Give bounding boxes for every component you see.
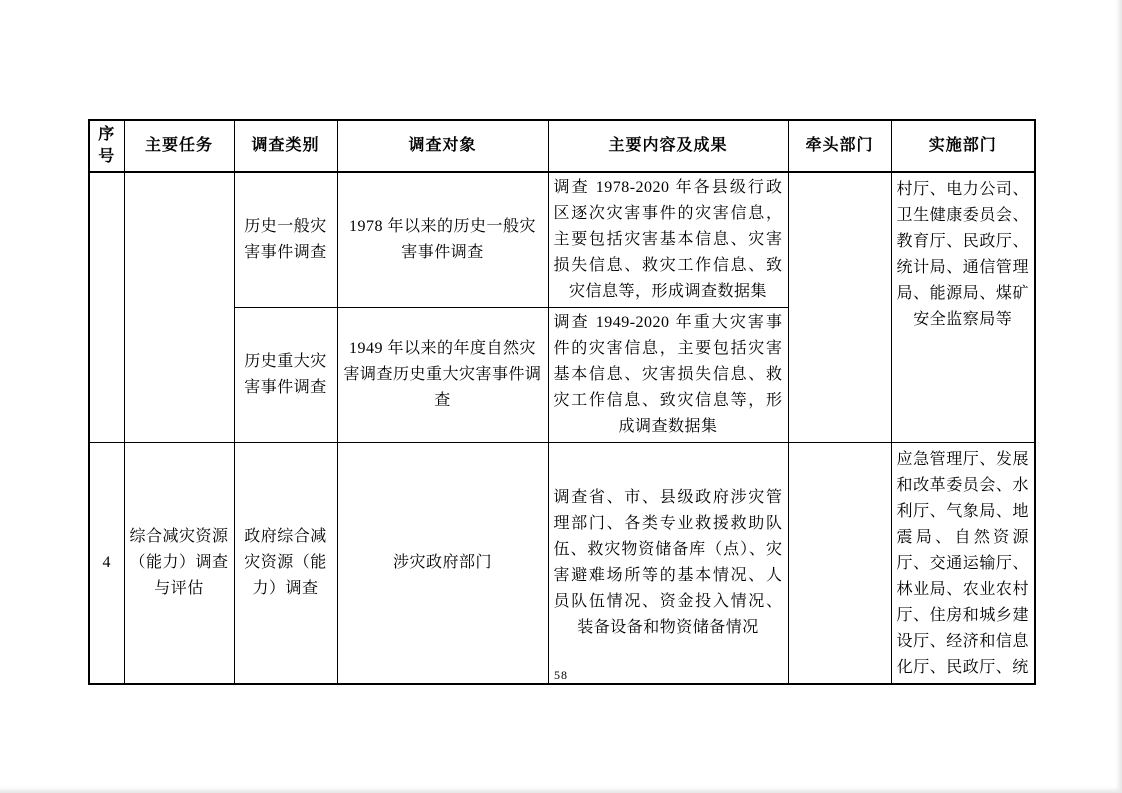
cell-content-history-general: 调查 1978-2020 年各县级行政区逐次灾害事件的灾害信息，主要包括灾害基本…: [548, 172, 788, 308]
header-survey-target: 调查对象: [337, 120, 548, 172]
page-number: 58: [0, 668, 1122, 683]
table-row: 4 综合减灾资源（能力）调查与评估 政府综合减灾资源（能力）调查 涉灾政府部门 …: [89, 443, 1035, 685]
cell-target-gov-capacity: 涉灾政府部门: [337, 443, 548, 685]
cell-target-history-general: 1978 年以来的历史一般灾害事件调查: [337, 172, 548, 308]
cell-target-history-major: 1949 年以来的年度自然灾害调查历史重大灾害事件调查: [337, 308, 548, 443]
header-serial: 序号: [89, 120, 124, 172]
cell-category-history-major: 历史重大灾害事件调查: [234, 308, 337, 443]
table-row: 历史一般灾害事件调查 1978 年以来的历史一般灾害事件调查 调查 1978-2…: [89, 172, 1035, 308]
cell-serial-merged: [89, 172, 124, 443]
header-survey-category: 调查类别: [234, 120, 337, 172]
header-main-task: 主要任务: [124, 120, 234, 172]
cell-task-merged: [124, 172, 234, 443]
header-content-results: 主要内容及成果: [548, 120, 788, 172]
cell-category-gov-capacity: 政府综合减灾资源（能力）调查: [234, 443, 337, 685]
cell-content-history-major: 调查 1949-2020 年重大灾害事件的灾害信息，主要包括灾害基本信息、灾害损…: [548, 308, 788, 443]
header-lead-dept: 牵头部门: [788, 120, 891, 172]
table-header-row: 序号 主要任务 调查类别 调查对象 主要内容及成果 牵头部门 实施部门: [89, 120, 1035, 172]
cell-impl-dept-merged: 村厅、电力公司、卫生健康委员会、教育厅、民政厅、统计局、通信管理局、能源局、煤矿…: [891, 172, 1035, 443]
cell-serial-4: 4: [89, 443, 124, 685]
cell-lead-dept-4: [788, 443, 891, 685]
cell-content-gov-capacity: 调查省、市、县级政府涉灾管理部门、各类专业救援救助队伍、救灾物资储备库（点）、灾…: [548, 443, 788, 685]
cell-task-4: 综合减灾资源（能力）调查与评估: [124, 443, 234, 685]
survey-task-table: 序号 主要任务 调查类别 调查对象 主要内容及成果 牵头部门 实施部门 历史一般…: [88, 119, 1036, 685]
document-page: 序号 主要任务 调查类别 调查对象 主要内容及成果 牵头部门 实施部门 历史一般…: [0, 0, 1122, 793]
cell-category-history-general: 历史一般灾害事件调查: [234, 172, 337, 308]
header-impl-dept: 实施部门: [891, 120, 1035, 172]
cell-lead-dept-merged: [788, 172, 891, 443]
cell-impl-dept-4: 应急管理厅、发展和改革委员会、水利厅、气象局、地震局、自然资源厅、交通运输厅、林…: [891, 443, 1035, 685]
